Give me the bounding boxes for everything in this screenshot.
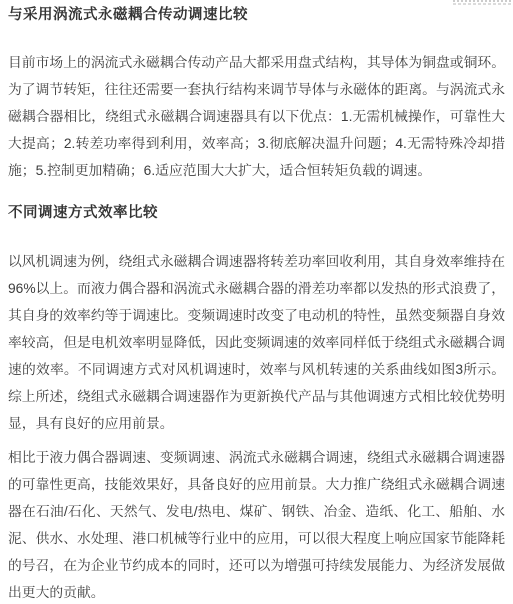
paragraph-eddy-current-comparison: 目前市场上的涡流式永磁耦合传动产品大都采用盘式结构，其导体为铜盘或铜环。为了调节… (8, 49, 505, 184)
paragraph-efficiency-comparison: 以风机调速为例，绕组式永磁耦合调速器将转差功率回收利用，其自身效率维持在96%以… (8, 248, 505, 437)
document-title: 与采用涡流式永磁耦合传动调速比较 (8, 4, 505, 26)
cutoff-text-fragment (453, 0, 511, 5)
section-heading-efficiency-comparison: 不同调速方式效率比较 (8, 202, 505, 224)
paragraph-application-outlook: 相比于液力偶合器调速、变频调速、涡流式永磁耦合调速，绕组式永磁耦合调速器的可靠性… (8, 444, 505, 604)
document-page: 与采用涡流式永磁耦合传动调速比较 目前市场上的涡流式永磁耦合传动产品大都采用盘式… (0, 0, 513, 604)
